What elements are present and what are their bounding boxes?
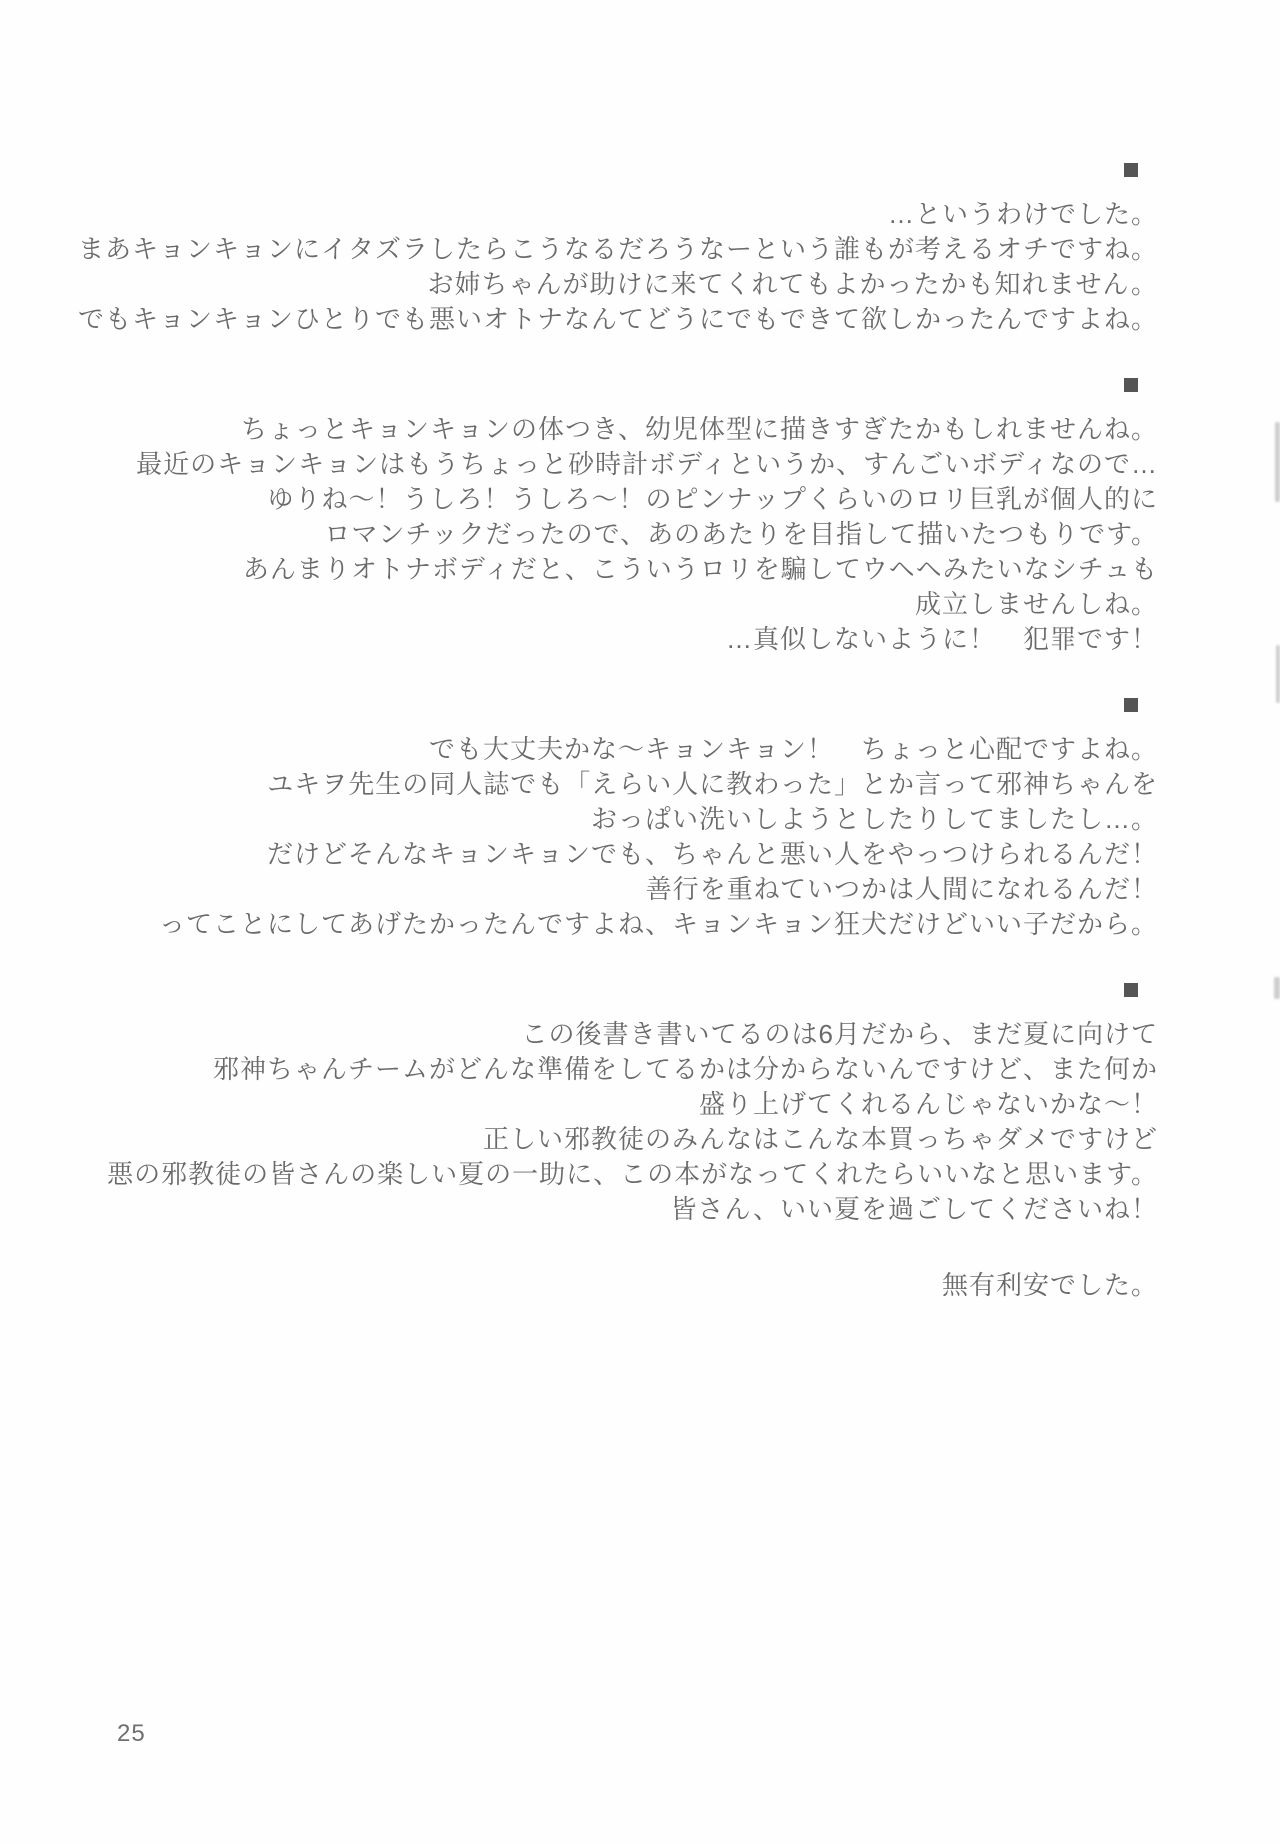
square-bullet-icon [1124, 983, 1138, 997]
afterword-text-block: …というわけでした。 まあキョンキョンにイタズラしたらこうなるだろうなーという誰… [60, 163, 1158, 1303]
afterword-line: お姉ちゃんが助けに来てくれてもよかったかも知れません。 [60, 267, 1158, 302]
afterword-section: でも大丈夫かな～キョンキョン！ ちょっと心配ですよね。 ユキヲ先生の同人誌でも「… [60, 698, 1158, 942]
afterword-section: ちょっとキョンキョンの体つき、幼児体型に描きすぎたかもしれませんね。 最近のキョ… [60, 378, 1158, 657]
scan-edge-artifact [1276, 645, 1280, 703]
afterword-line: でも大丈夫かな～キョンキョン！ ちょっと心配ですよね。 [60, 732, 1158, 767]
scan-edge-artifact [1274, 977, 1280, 999]
section-marker-row [60, 983, 1158, 997]
afterword-line: この後書き書いてるのは6月だから、まだ夏に向けて [60, 1017, 1158, 1052]
afterword-line: 正しい邪教徒のみんなはこんな本買っちゃダメですけど [60, 1122, 1158, 1157]
afterword-line: 皆さん、いい夏を過ごしてくださいね！ [60, 1192, 1158, 1227]
afterword-line: おっぱい洗いしようとしたりしてましたし…。 [60, 802, 1158, 837]
afterword-line: ユキヲ先生の同人誌でも「えらい人に教わった」とか言って邪神ちゃんを [60, 767, 1158, 802]
afterword-line: ロマンチックだったので、あのあたりを目指して描いたつもりです。 [60, 517, 1158, 552]
afterword-line: …真似しないように！ 犯罪です！ [60, 622, 1158, 657]
afterword-line: 最近のキョンキョンはもうちょっと砂時計ボディというか、すんごいボディなので… [60, 447, 1158, 482]
square-bullet-icon [1124, 378, 1138, 392]
afterword-line: 悪の邪教徒の皆さんの楽しい夏の一助に、この本がなってくれたらいいなと思います。 [60, 1157, 1158, 1192]
page-number: 25 [117, 1720, 146, 1748]
square-bullet-icon [1124, 163, 1138, 177]
scan-edge-artifact [1275, 422, 1280, 502]
afterword-line: …というわけでした。 [60, 197, 1158, 232]
author-signature: 無有利安でした。 [60, 1268, 1158, 1303]
afterword-line: ってことにしてあげたかったんですよね、キョンキョン狂犬だけどいい子だから。 [60, 907, 1158, 942]
afterword-section: この後書き書いてるのは6月だから、まだ夏に向けて 邪神ちゃんチームがどんな準備を… [60, 983, 1158, 1227]
afterword-line: 成立しませんしね。 [60, 587, 1158, 622]
afterword-line: あんまりオトナボディだと、こういうロリを騙してウヘヘみたいなシチュも [60, 552, 1158, 587]
afterword-line: でもキョンキョンひとりでも悪いオトナなんてどうにでもできて欲しかったんですよね。 [60, 302, 1158, 337]
square-bullet-icon [1124, 698, 1138, 712]
afterword-line: 邪神ちゃんチームがどんな準備をしてるかは分からないんですけど、また何か [60, 1052, 1158, 1087]
afterword-line: まあキョンキョンにイタズラしたらこうなるだろうなーという誰もが考えるオチですね。 [60, 232, 1158, 267]
afterword-line: だけどそんなキョンキョンでも、ちゃんと悪い人をやっつけられるんだ！ [60, 837, 1158, 872]
section-marker-row [60, 698, 1158, 712]
scanned-afterword-page: …というわけでした。 まあキョンキョンにイタズラしたらこうなるだろうなーという誰… [0, 0, 1280, 1844]
afterword-line: ゆりね～！うしろ！うしろ～！のピンナップくらいのロリ巨乳が個人的に [60, 482, 1158, 517]
afterword-line: 盛り上げてくれるんじゃないかな～！ [60, 1087, 1158, 1122]
section-marker-row [60, 163, 1158, 177]
section-marker-row [60, 378, 1158, 392]
afterword-line: ちょっとキョンキョンの体つき、幼児体型に描きすぎたかもしれませんね。 [60, 412, 1158, 447]
afterword-line: 善行を重ねていつかは人間になれるんだ！ [60, 872, 1158, 907]
afterword-section: …というわけでした。 まあキョンキョンにイタズラしたらこうなるだろうなーという誰… [60, 163, 1158, 337]
